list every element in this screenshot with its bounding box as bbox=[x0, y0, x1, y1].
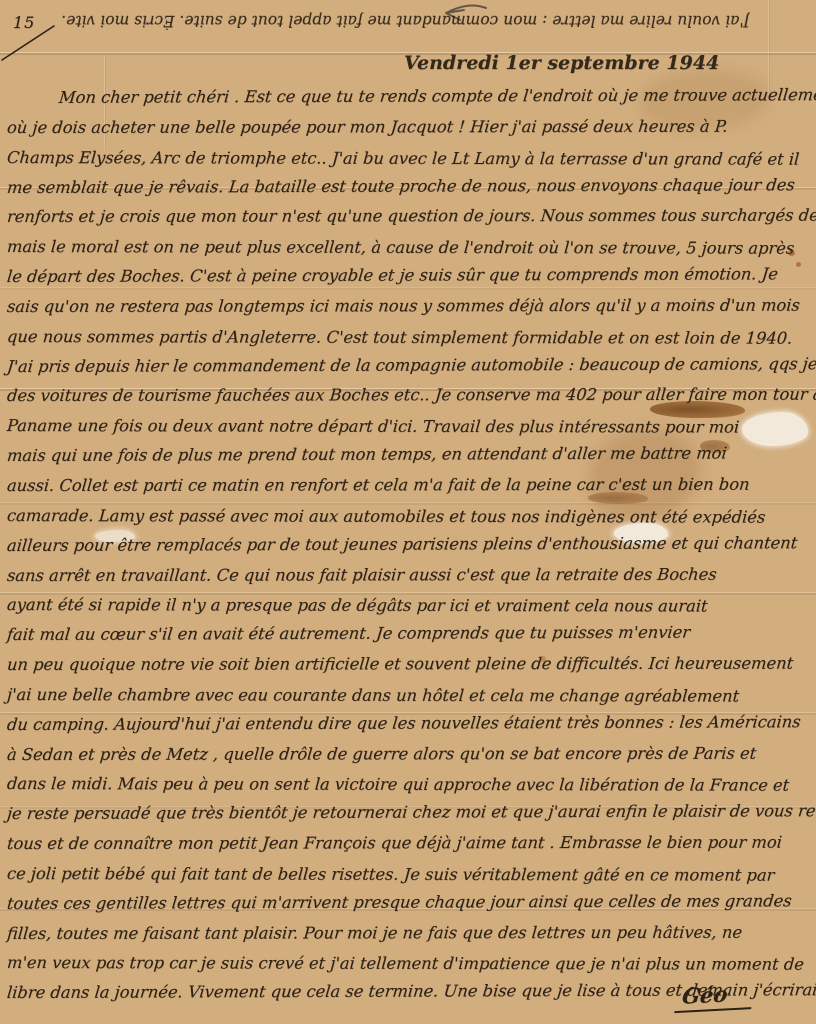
letter-page: 15 J'ai voulu relire ma lettre : mon com… bbox=[0, 0, 816, 1024]
page-number-slash bbox=[0, 20, 58, 62]
letter-line: un peu quoique notre vie soit bien artif… bbox=[6, 649, 813, 680]
letter-line: J'ai pris depuis hier le commandement de… bbox=[5, 349, 812, 382]
letter-line: ailleurs pour être remplacés par de tout… bbox=[5, 528, 812, 561]
letter-line: des voitures de tourisme fauchées aux Bo… bbox=[6, 380, 813, 411]
letter-line: me semblait que je rêvais. La bataille e… bbox=[5, 170, 812, 203]
letter-line: Champs Elysées, Arc de triomphe etc.. J'… bbox=[6, 143, 812, 175]
letter-line: que nous sommes partis d'Angleterre. C'e… bbox=[6, 322, 812, 354]
letter-line: fait mal au cœur s'il en avait été autre… bbox=[5, 617, 812, 650]
signature: Géo bbox=[674, 980, 755, 1013]
letter-line: le départ des Boches. C'est à peine croy… bbox=[5, 259, 812, 292]
letter-line: filles, toutes me faisant tant plaisir. … bbox=[6, 917, 813, 948]
letter-line: renforts et je crois que mon tour n'est … bbox=[6, 201, 813, 232]
letter-line: aussi. Collet est parti ce matin en renf… bbox=[6, 470, 813, 501]
letter-line: toutes ces gentilles lettres qui m'arriv… bbox=[5, 886, 812, 919]
inverted-header-line: J'ai voulu relire ma lettre : mon comman… bbox=[60, 12, 750, 30]
letter-body: Mon cher petit chéri . Est ce que tu te … bbox=[7, 83, 811, 1008]
date-line: Vendredi 1er septembre 1944 bbox=[404, 52, 724, 74]
letter-line: camarade. Lamy est passé avec moi aux au… bbox=[6, 501, 812, 533]
letter-line: mais qui une fois de plus me prend tout … bbox=[5, 438, 812, 471]
letter-line: sais qu'on ne restera pas longtemps ici … bbox=[6, 291, 813, 322]
letter-line: où je dois acheter une belle poupée pour… bbox=[6, 111, 813, 142]
letter-line: du camping. Aujourd'hui j'ai entendu dir… bbox=[5, 707, 812, 740]
letter-line: je reste persuadé que très bientôt je re… bbox=[5, 796, 812, 829]
letter-line: à Sedan et près de Metz , quelle drôle d… bbox=[6, 738, 813, 769]
letter-line: sans arrêt en travaillant. Ce qui nous f… bbox=[6, 559, 813, 590]
letter-line: tous et de connaître mon petit Jean Fran… bbox=[6, 828, 813, 859]
letter-line: Mon cher petit chéri . Est ce que tu te … bbox=[5, 80, 812, 113]
